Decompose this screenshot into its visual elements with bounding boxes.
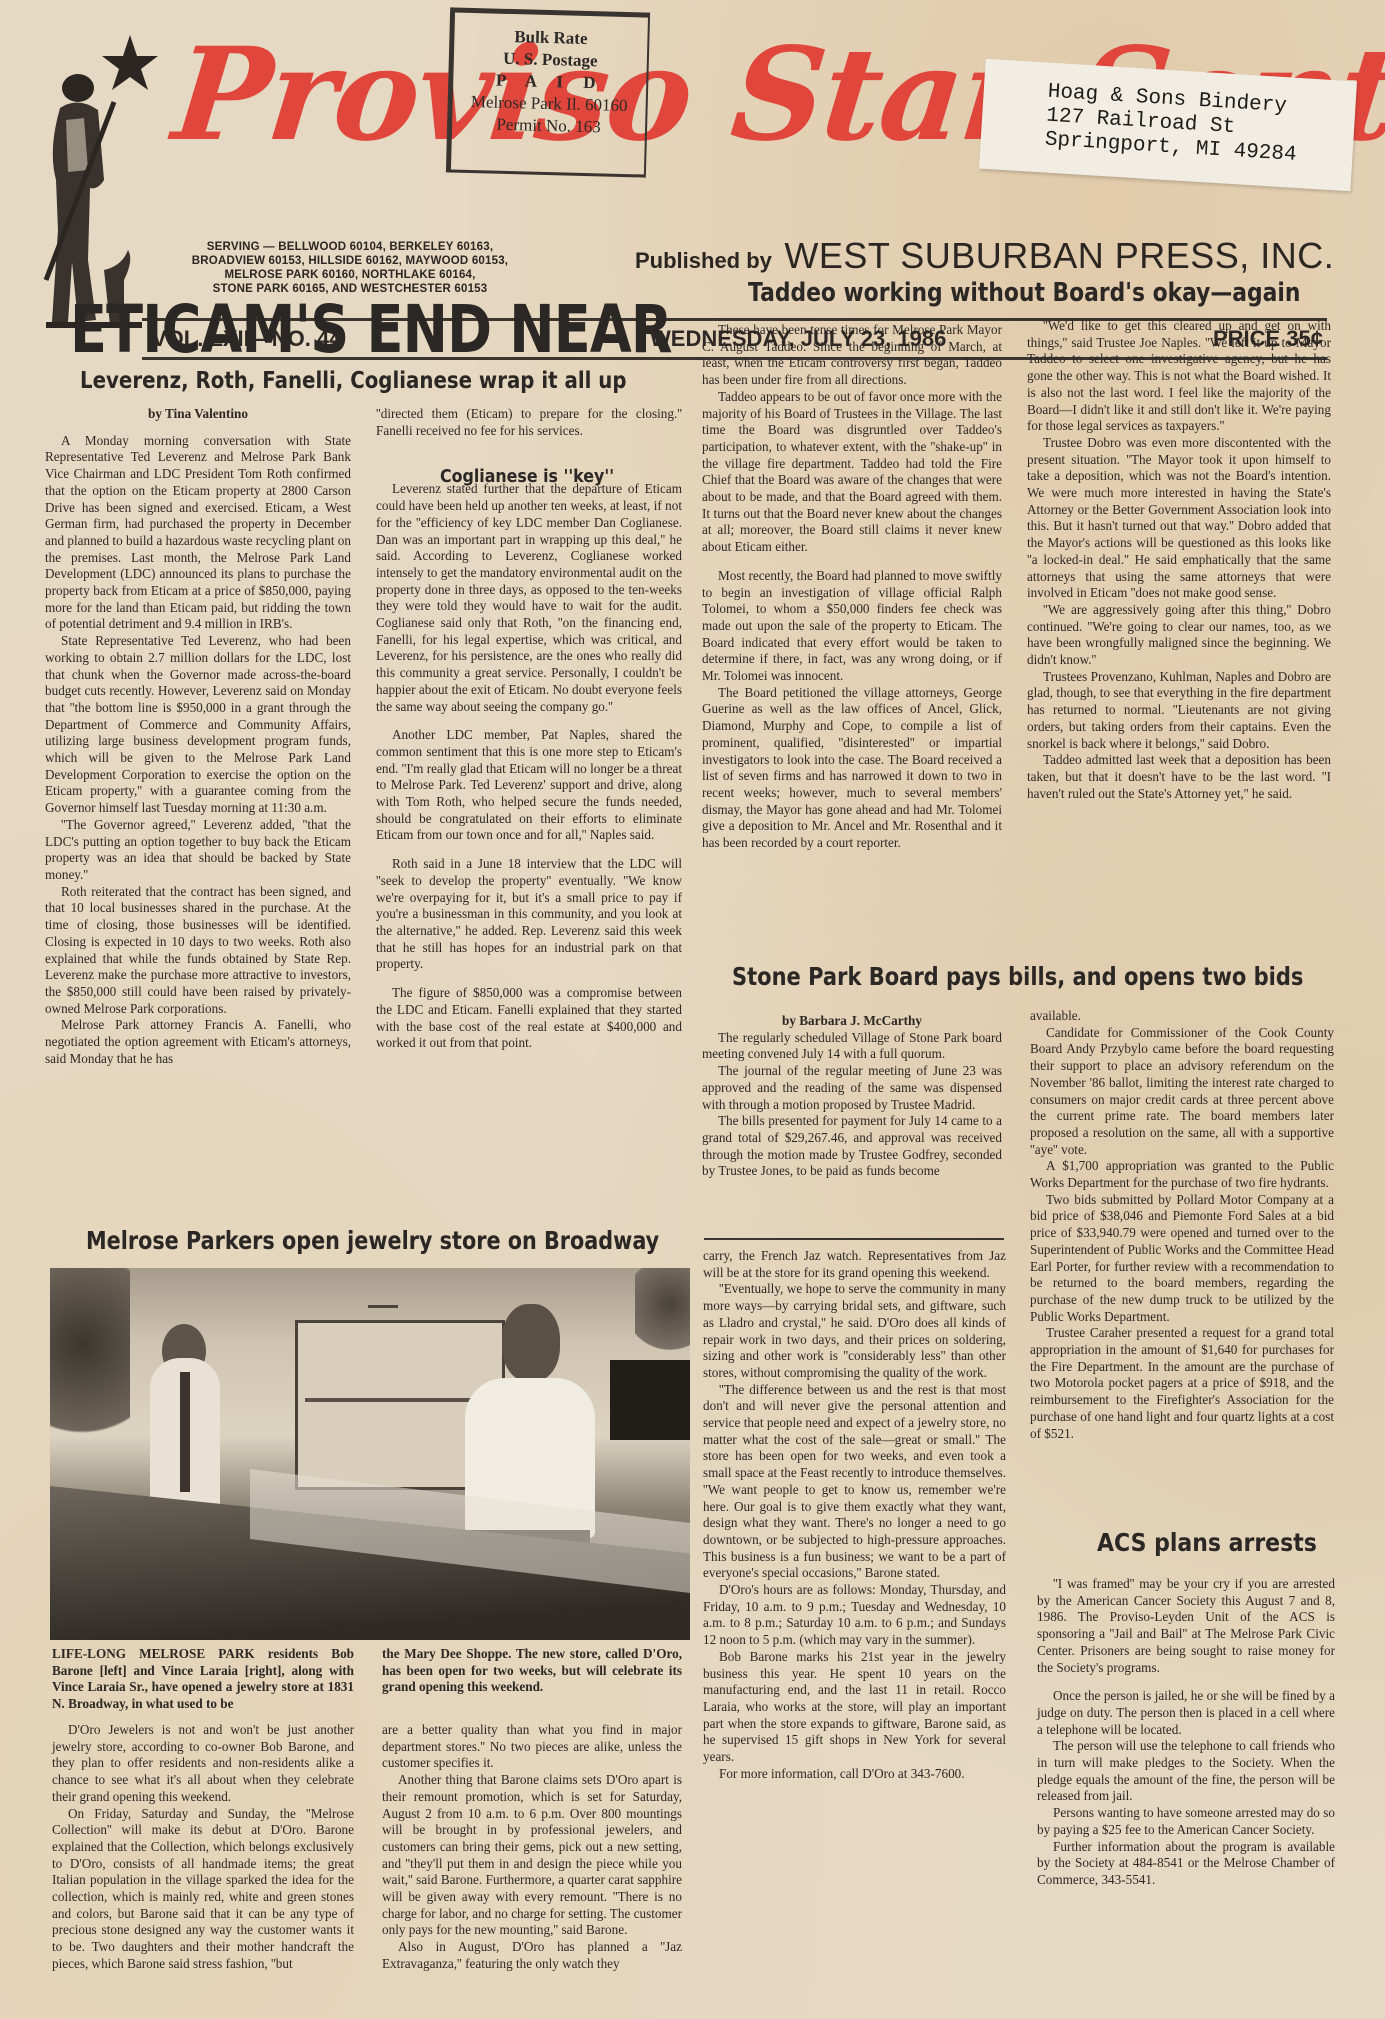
paragraph: Trustee Caraher presented a request for …: [1030, 1325, 1334, 1442]
paragraph: These have been tense times for Melrose …: [702, 322, 1002, 389]
paragraph: Also in August, D'Oro has planned a ''Ja…: [382, 1939, 682, 1972]
acs-column: ''I was framed'' may be your cry if you …: [1037, 1576, 1335, 1889]
paragraph: are a better quality than what you find …: [382, 1722, 682, 1772]
serving-line: MELROSE PARK 60160, NORTHLAKE 60164,: [170, 268, 530, 282]
paragraph: Once the person is jailed, he or she wil…: [1037, 1688, 1335, 1738]
paragraph: Roth reiterated that the contract has be…: [45, 884, 351, 1018]
paragraph: The figure of $850,000 was a compromise …: [376, 985, 682, 1052]
paragraph: Leverenz stated further that the departu…: [376, 481, 682, 715]
lead-story-column-2: ''directed them (Eticam) to prepare for …: [376, 406, 682, 1052]
paragraph: ''We are aggressively going after this t…: [1027, 602, 1331, 669]
mailing-label: Hoag & Sons Bindery 127 Railroad St Spri…: [979, 59, 1357, 192]
paragraph: Persons wanting to have someone arrested…: [1037, 1805, 1335, 1838]
paragraph: ''directed them (Eticam) to prepare for …: [376, 406, 682, 439]
paragraph: Bob Barone marks his 21st year in the je…: [703, 1649, 1006, 1766]
paragraph: ''Eventually, we hope to serve the commu…: [703, 1281, 1006, 1381]
paragraph: Another LDC member, Pat Naples, shared t…: [376, 727, 682, 844]
plant-decoration: [50, 1268, 130, 1458]
paragraph: Melrose Park attorney Francis A. Fanelli…: [45, 1017, 351, 1067]
byline: by Tina Valentino: [45, 406, 351, 423]
paragraph: The journal of the regular meeting of Ju…: [702, 1063, 1002, 1113]
paragraph: Most recently, the Board had planned to …: [702, 568, 1002, 685]
photo-caption-right: the Mary Dee Shoppe. The new store, call…: [382, 1646, 682, 1696]
paragraph: ''I was framed'' may be your cry if you …: [1037, 1576, 1335, 1676]
postage-stamp: Bulk Rate U. S. Postage P A I D Melrose …: [446, 7, 650, 177]
jewelry-column-1: D'Oro Jewelers is not and won't be just …: [52, 1722, 354, 1973]
paragraph: A $1,700 appropriation was granted to th…: [1030, 1158, 1334, 1191]
column-divider-rule: [704, 1238, 1004, 1240]
publisher-line: Published by WEST SUBURBAN PRESS, INC.: [635, 235, 1335, 277]
paragraph: The Board petitioned the village attorne…: [702, 685, 1002, 852]
person-right-head: [502, 1304, 560, 1382]
display-monitor: [610, 1360, 690, 1440]
paragraph: The bills presented for payment for July…: [702, 1113, 1002, 1180]
paragraph: ''We'd like to get this cleared up and g…: [1027, 318, 1331, 435]
crosshead: Coglianese is ''key'': [440, 466, 614, 487]
person-left-tie: [180, 1372, 190, 1492]
paragraph: For more information, call D'Oro at 343-…: [703, 1766, 1006, 1783]
paragraph: On Friday, Saturday and Sunday, the ''Me…: [52, 1806, 354, 1973]
jewelry-headline: Melrose Parkers open jewelry store on Br…: [86, 1226, 659, 1255]
byline: by Barbara J. McCarthy: [702, 1013, 1002, 1030]
stone-park-column-2: available. Candidate for Commissioner of…: [1030, 1008, 1334, 1442]
paragraph: ''The Governor agreed,'' Leverenz added,…: [45, 817, 351, 884]
stone-park-headline: Stone Park Board pays bills, and opens t…: [732, 962, 1303, 991]
stone-park-column-1: by Barbara J. McCarthy The regularly sch…: [702, 1013, 1002, 1180]
paragraph: Roth said in a June 18 interview that th…: [376, 856, 682, 973]
published-by-label: Published by: [635, 248, 772, 273]
paragraph: Two bids submitted by Pollard Motor Comp…: [1030, 1192, 1334, 1326]
display-shelf: [305, 1398, 495, 1402]
jewelry-column-2: are a better quality than what you find …: [382, 1722, 682, 1973]
paragraph: State Representative Ted Leverenz, who h…: [45, 633, 351, 817]
paragraph: Taddeo admitted last week that a deposit…: [1027, 752, 1331, 802]
paragraph: Another thing that Barone claims sets D'…: [382, 1772, 682, 1939]
lead-headline: ETICAM'S END NEAR: [70, 290, 562, 370]
paragraph: ''The difference between us and the rest…: [703, 1382, 1006, 1582]
jewelry-column-3: carry, the French Jaz watch. Representat…: [703, 1248, 1006, 1783]
serving-line: BROADVIEW 60153, HILLSIDE 60162, MAYWOOD…: [170, 254, 530, 268]
paragraph: Trustees Provenzano, Kuhlman, Naples and…: [1027, 669, 1331, 753]
plant-decoration: [635, 1268, 690, 1358]
acs-headline: ACS plans arrests: [1097, 1528, 1317, 1557]
paragraph: D'Oro's hours are as follows: Monday, Th…: [703, 1582, 1006, 1649]
paragraph: D'Oro Jewelers is not and won't be just …: [52, 1722, 354, 1806]
photo-caption-left: LIFE-LONG MELROSE PARK residents Bob Bar…: [52, 1646, 354, 1713]
jewelry-store-photo: [50, 1268, 690, 1640]
paragraph: Taddeo appears to be out of favor once m…: [702, 389, 1002, 556]
paragraph: Candidate for Commissioner of the Cook C…: [1030, 1025, 1334, 1159]
serving-area: SERVING — BELLWOOD 60104, BERKELEY 60163…: [170, 240, 530, 296]
paragraph: The regularly scheduled Village of Stone…: [702, 1030, 1002, 1063]
paragraph: available.: [1030, 1008, 1334, 1025]
publisher-name: WEST SUBURBAN PRESS, INC.: [784, 235, 1334, 276]
lead-story-column-1: by Tina Valentino A Monday morning conve…: [45, 406, 351, 1067]
display-tree: [368, 1268, 398, 1308]
lead-subhead: Leverenz, Roth, Fanelli, Coglianese wrap…: [80, 366, 596, 396]
star-icon: [102, 35, 158, 90]
paragraph: A Monday morning conversation with State…: [45, 433, 351, 633]
taddeo-headline: Taddeo working without Board's okay—agai…: [748, 278, 1300, 308]
taddeo-column-2: ''We'd like to get this cleared up and g…: [1027, 318, 1331, 802]
serving-line: SERVING — BELLWOOD 60104, BERKELEY 60163…: [170, 240, 530, 254]
paragraph: Trustee Dobro was even more discontented…: [1027, 435, 1331, 602]
paragraph: carry, the French Jaz watch. Representat…: [703, 1248, 1006, 1281]
paragraph: Further information about the program is…: [1037, 1839, 1335, 1889]
paragraph: The person will use the telephone to cal…: [1037, 1738, 1335, 1805]
taddeo-column-1: These have been tense times for Melrose …: [702, 322, 1002, 852]
